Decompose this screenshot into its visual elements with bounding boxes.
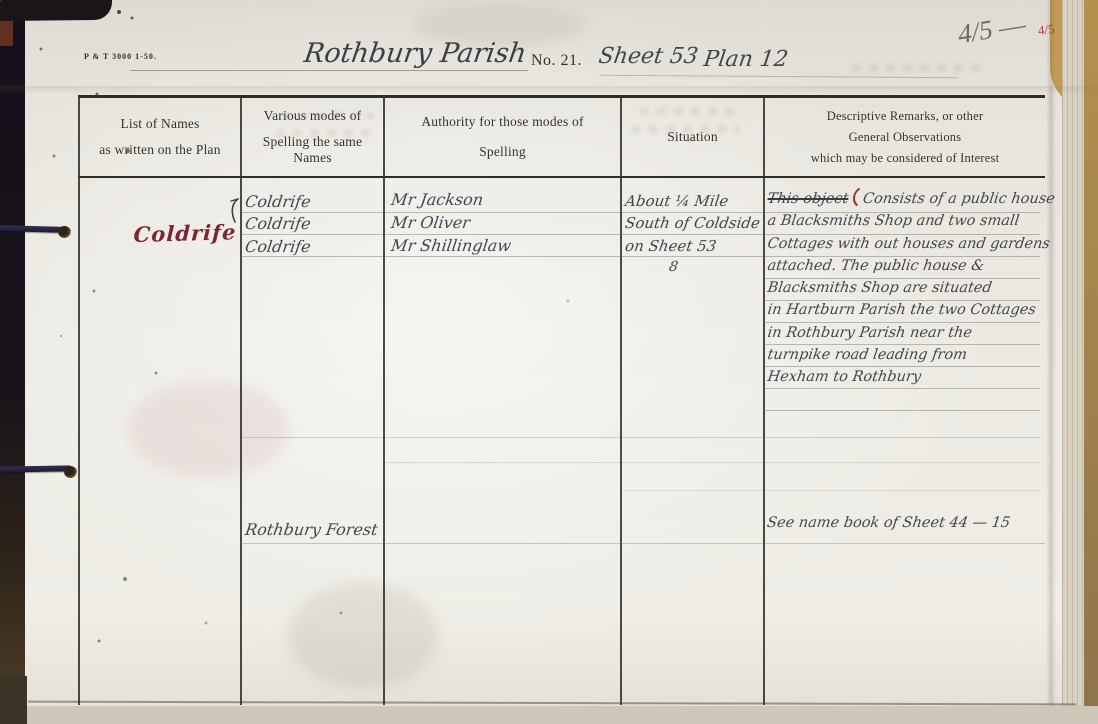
table-column-border <box>240 97 242 705</box>
paper-stain <box>288 583 438 688</box>
remarks-line: This object Consists of a public house <box>766 188 1053 210</box>
ruled-line <box>620 490 1040 491</box>
header-modes-of-spelling: Various modes of Spelling the same Names <box>242 99 383 175</box>
table-header-border <box>78 176 1045 178</box>
plan-name: Coldrife <box>133 219 237 247</box>
header-line: Various modes of <box>264 108 362 124</box>
page-number-label: No. 21. <box>531 52 582 70</box>
ink-bleedthrough <box>852 64 982 72</box>
header-list-of-names: List of Names as written on the Plan <box>80 99 240 175</box>
pencil-annotation: 4/5 — <box>958 8 1026 50</box>
title-rule <box>600 75 958 78</box>
authority-entry: Mr Shillinglaw <box>390 236 512 255</box>
page-bottom-edge <box>28 701 1076 706</box>
table-top-border <box>78 95 1045 98</box>
situation-trace-number: 8 <box>668 259 679 275</box>
ruled-line <box>763 410 1040 411</box>
correction-mark-icon <box>849 188 860 206</box>
paper-crease <box>0 86 1098 94</box>
ruled-line <box>240 437 1040 438</box>
situation-line: South of Coldside <box>624 214 761 232</box>
paper-stain <box>128 382 288 477</box>
form-code: P & T 3000 1-50. <box>84 52 157 61</box>
header-descriptive-remarks: Descriptive Remarks, or other General Ob… <box>765 99 1045 175</box>
second-entry-remark: See name book of Sheet 44 — 15 <box>766 515 1011 531</box>
table-column-border <box>620 97 622 705</box>
authority-entry: Mr Jackson <box>390 190 485 209</box>
plan-label: Plan 12 <box>702 47 790 72</box>
page-stack-edge <box>1062 0 1084 724</box>
remarks-line: Cottages with out houses and gardens <box>766 233 1053 255</box>
paper-specks <box>0 0 2 2</box>
spelling-entry: Coldrife <box>244 237 312 256</box>
binding-thread <box>0 465 72 472</box>
ruled-line <box>383 462 1040 463</box>
binding-edge <box>0 0 25 724</box>
red-annotation: 4/5 <box>1037 21 1055 39</box>
second-entry-name: Rothbury Forest <box>244 520 379 539</box>
ruled-line <box>240 543 1045 544</box>
header-line: as written on the Plan <box>99 142 220 158</box>
header-line: Descriptive Remarks, or other <box>827 109 983 124</box>
header-line: Authority for those modes of <box>421 114 583 130</box>
parish-title: Rothbury Parish <box>302 38 528 69</box>
remarks-line: turnpike road leading from <box>766 344 1053 366</box>
table-column-border <box>383 97 385 705</box>
header-line: Situation <box>667 129 718 145</box>
binding-bottom-corner <box>0 676 27 724</box>
book-cover-edge <box>1084 0 1098 724</box>
header-authority: Authority for those modes of Spelling <box>385 99 620 175</box>
remarks-line: in Rothbury Parish near the <box>766 322 1053 344</box>
header-line: Spelling the same Names <box>242 134 383 166</box>
situation-line: on Sheet 53 <box>624 237 718 255</box>
table-column-border <box>763 97 765 705</box>
page-top-left-shadow <box>0 0 112 21</box>
authority-entry: Mr Oliver <box>390 213 471 232</box>
header-line: which may be considered of Interest <box>811 151 1000 166</box>
scanned-name-book-page: P & T 3000 1-50. Rothbury Parish No. 21.… <box>0 0 1098 724</box>
situation-line: About ¼ Mile <box>624 192 730 210</box>
underlying-page-edge <box>0 706 1098 724</box>
spelling-entry: Coldrife <box>244 214 312 233</box>
struck-text: This object <box>766 191 849 207</box>
punch-hole <box>58 226 71 238</box>
remarks-line: Hexham to Rothbury <box>766 366 1053 388</box>
remarks-line: a Blacksmiths Shop and two small <box>766 210 1053 232</box>
header-line: Spelling <box>479 144 526 160</box>
title-rule <box>130 70 528 71</box>
spelling-entry: Coldrife <box>244 192 312 211</box>
punch-hole <box>64 466 77 478</box>
remarks-line: Blacksmiths Shop are situated <box>766 277 1053 299</box>
header-line: General Observations <box>849 130 962 145</box>
sheet-label: Sheet 53 <box>597 44 700 69</box>
remarks-line: in Hartburn Parish the two Cottages <box>766 299 1053 321</box>
remarks-text: Consists of a public house <box>862 191 1056 207</box>
descriptive-remarks: This object Consists of a public house a… <box>766 188 1050 389</box>
header-line: List of Names <box>120 116 199 132</box>
header-situation: Situation <box>622 99 763 175</box>
remarks-line: attached. The public house & <box>766 255 1053 277</box>
table-column-border <box>78 97 80 705</box>
